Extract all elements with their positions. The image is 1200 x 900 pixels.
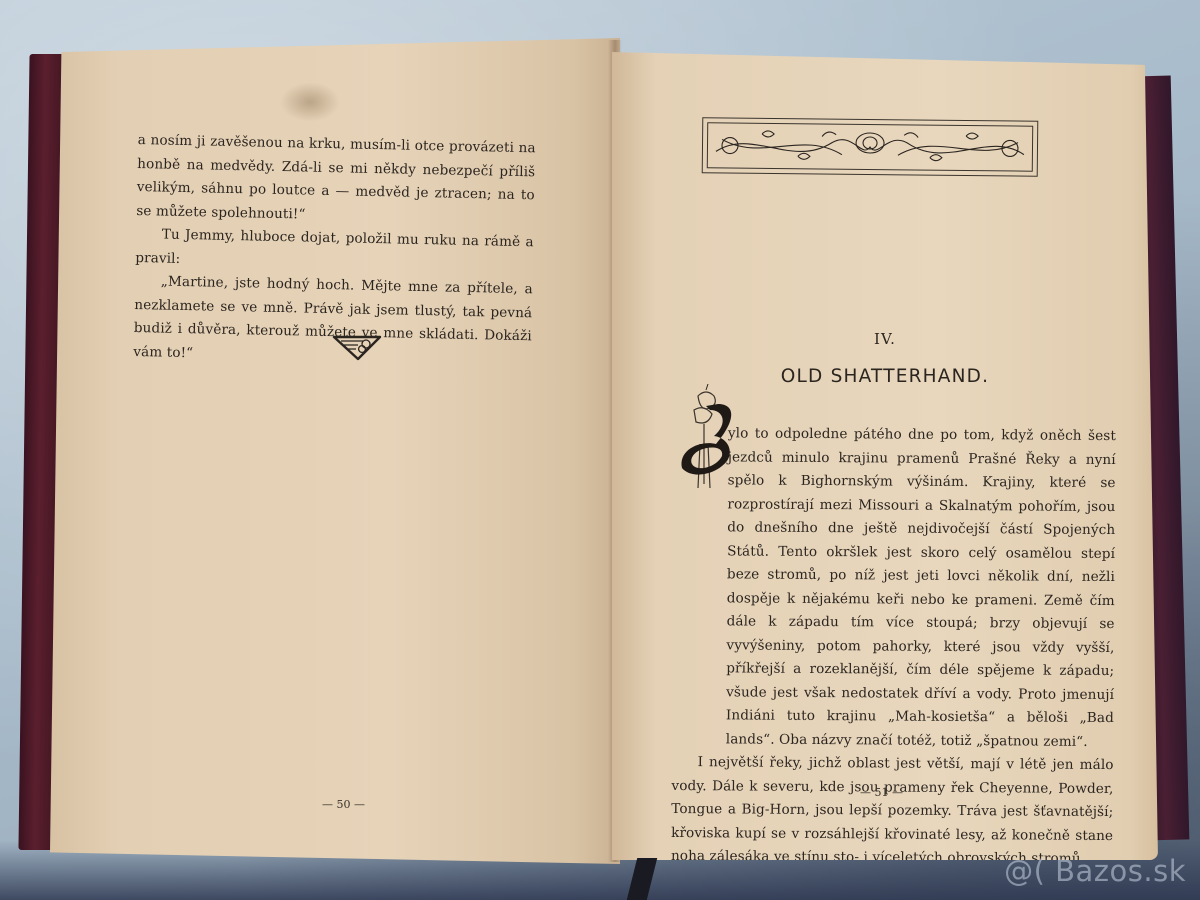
- paragraph: ylo to odpoledne pátého dne po tom, když…: [672, 422, 1116, 754]
- paragraph: a nosím ji zavěšenou na krku, musím-li o…: [136, 129, 536, 231]
- page-number: — 50 —: [322, 798, 365, 811]
- triangle-ornament-icon: [332, 335, 382, 361]
- paper-stain: [280, 82, 340, 122]
- page-number: — 51 —: [860, 786, 903, 799]
- left-page: a nosím ji zavěšenou na krku, musím-li o…: [50, 38, 620, 864]
- paragraph: Tu Jemmy, hluboce dojat, položil mu ruku…: [135, 223, 534, 278]
- watermark: @( Bazos.sk: [1004, 854, 1186, 888]
- chapter-number: IV.: [612, 330, 1158, 348]
- right-page-text: ylo to odpoledne pátého dne po tom, když…: [671, 422, 1116, 872]
- right-page: IV. OLD SHATTERHAND. ylo to odpoledne pá…: [612, 52, 1158, 860]
- floral-header-ornament-icon: [702, 117, 1039, 177]
